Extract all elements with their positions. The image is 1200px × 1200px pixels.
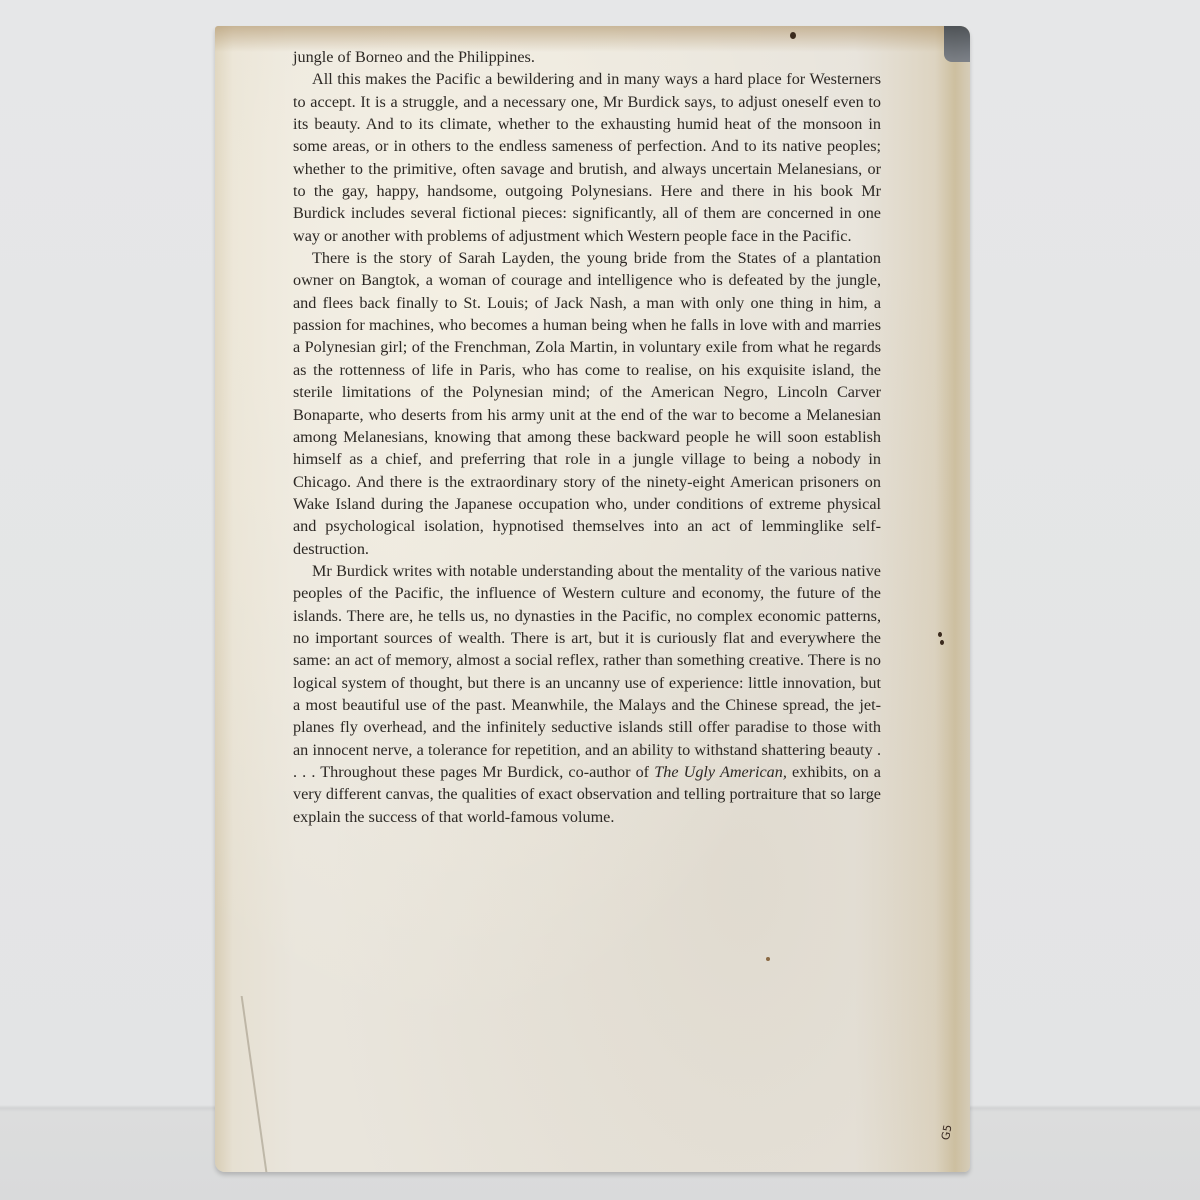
stain-spot xyxy=(766,957,770,961)
blurb-paragraph: All this makes the Pacific a bewildering… xyxy=(293,68,881,247)
blurb-paragraph: jungle of Borneo and the Philippines. xyxy=(293,46,881,68)
blurb-paragraph: Mr Burdick writes with notable understan… xyxy=(293,560,881,828)
ink-spot xyxy=(790,32,796,39)
ink-spot xyxy=(940,640,944,645)
dust-jacket-back: jungle of Borneo and the Philippines. Al… xyxy=(215,26,970,1172)
blurb-text: jungle of Borneo and the Philippines. Al… xyxy=(293,46,881,828)
book-title: The Ugly American, xyxy=(654,763,787,781)
blurb-paragraph: There is the story of Sarah Layden, the … xyxy=(293,247,881,560)
jacket-crease xyxy=(241,996,268,1172)
price-sticker: G5 xyxy=(939,1115,965,1142)
worn-corner xyxy=(944,26,970,62)
ink-spot xyxy=(938,632,942,637)
blurb-text-segment: Mr Burdick writes with notable understan… xyxy=(293,562,881,781)
